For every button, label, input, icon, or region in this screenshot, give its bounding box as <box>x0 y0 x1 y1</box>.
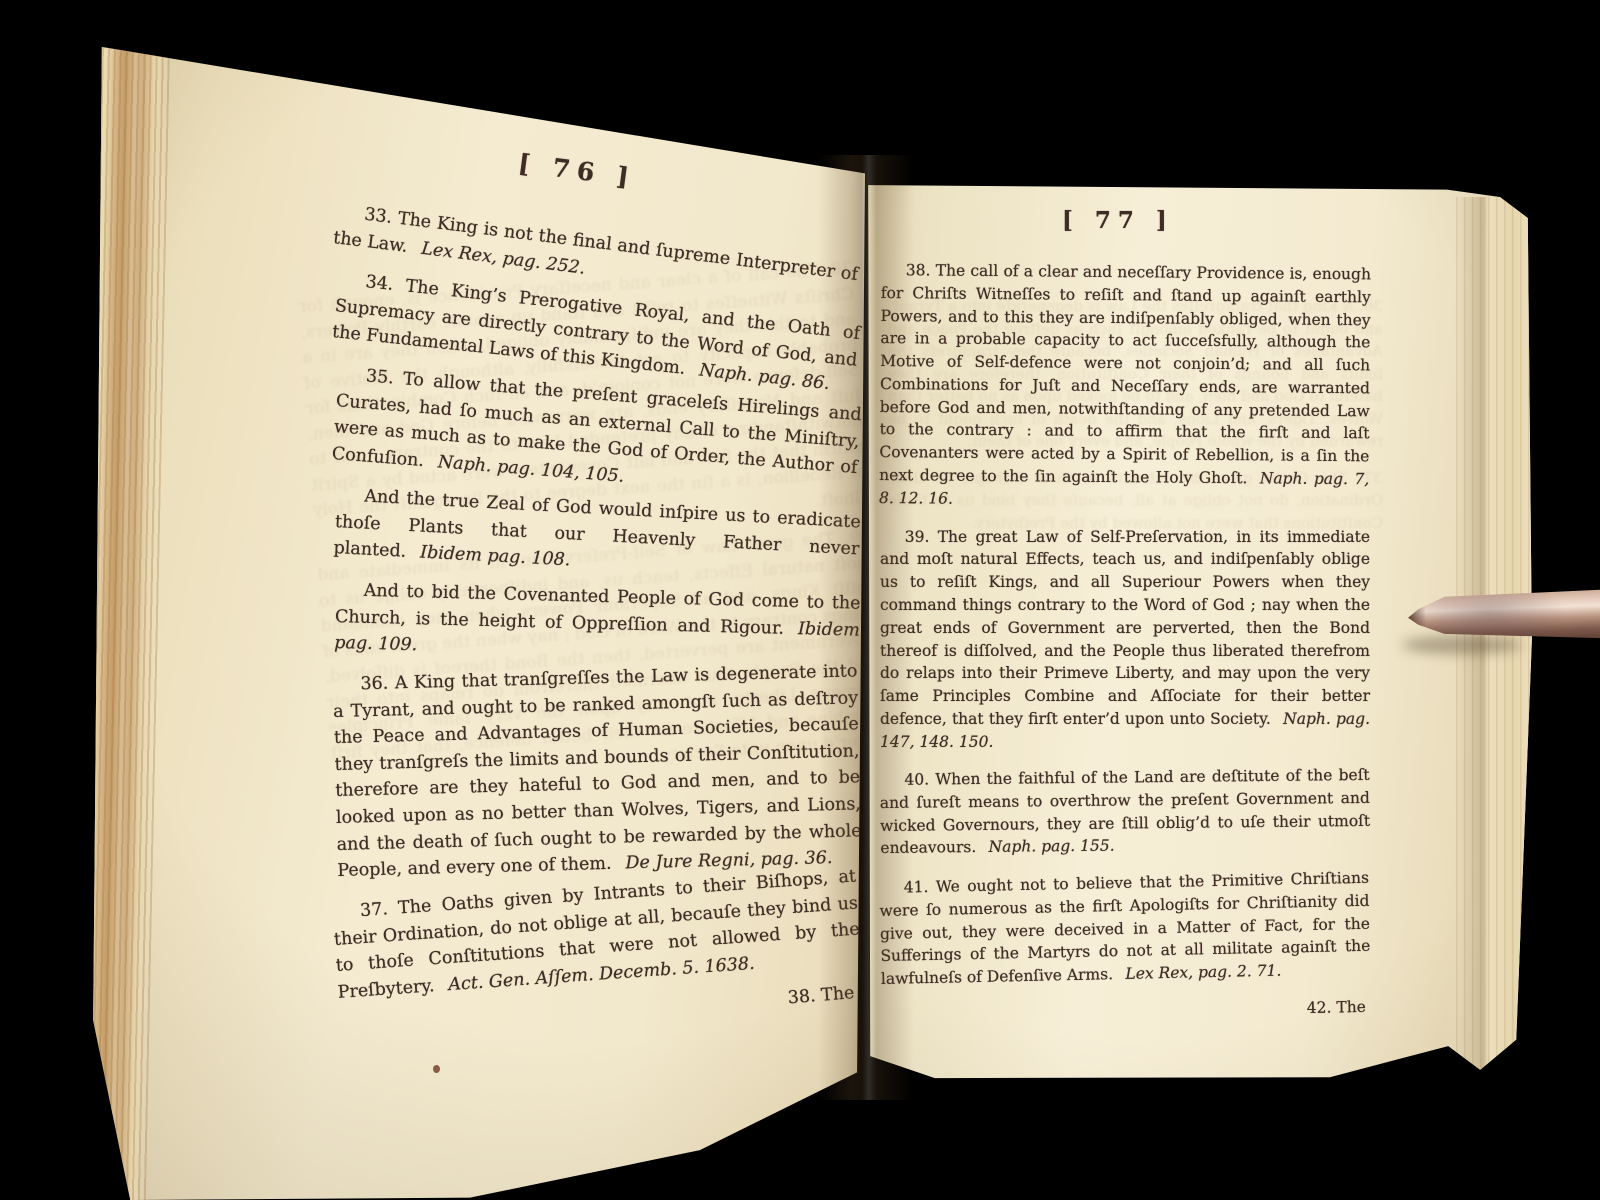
paragraph-41: 41. We ought not to believe that the Pri… <box>879 866 1371 990</box>
paragraph-text: 38. The call of a clear and neceſſary Pr… <box>879 261 1371 487</box>
left-page-text: 33. The King is not the final and ſuprem… <box>335 198 860 1048</box>
left-page: 38. The call of a clear and neceſſary Pr… <box>90 40 880 1200</box>
right-page-text: 38. The call of a clear and neceſſary Pr… <box>880 259 1370 1029</box>
paragraph-40: 40. When the faithful of the Land are de… <box>880 764 1371 860</box>
paragraph-text: And to bid the Covenanted People of God … <box>335 581 861 639</box>
citation: Ibidem pag. 108. <box>420 543 571 571</box>
paragraph-text: 40. When the faithful of the Land are de… <box>880 766 1370 857</box>
citation: Naph. pag. 155. <box>989 837 1115 856</box>
paragraph-36: 36. A King that tranſgreſſes the Law is … <box>332 658 862 884</box>
left-page-fore-edge <box>72 44 170 1200</box>
right-page-number: [ 77 ] <box>1062 207 1174 234</box>
pen-shadow <box>1402 636 1522 654</box>
ink-speck <box>433 1065 440 1073</box>
photo-background: 38. The call of a clear and neceſſary Pr… <box>0 0 1600 1200</box>
paragraph-38: 38. The call of a clear and neceſſary Pr… <box>879 259 1371 514</box>
paragraph-text: 36. A King that tranſgreſſes the Law is … <box>333 661 862 881</box>
right-catchword: 42. The <box>880 996 1370 1029</box>
left-page-number: [ 76 ] <box>517 148 638 192</box>
paragraph-39: 39. The great Law of Self-Preſervation, … <box>880 526 1370 754</box>
citation: Lex Rex, pag. 2. 71. <box>1125 961 1281 982</box>
paragraph-covenanted: And to bid the Covenanted People of God … <box>334 577 861 670</box>
right-page: 36. A King that tranſgreſſes the Law is … <box>858 175 1538 1090</box>
paragraph-text: 39. The great Law of Self-Preſervation, … <box>880 528 1370 728</box>
paragraph-37: 37. The Oaths given by Intrants to their… <box>331 863 862 1006</box>
